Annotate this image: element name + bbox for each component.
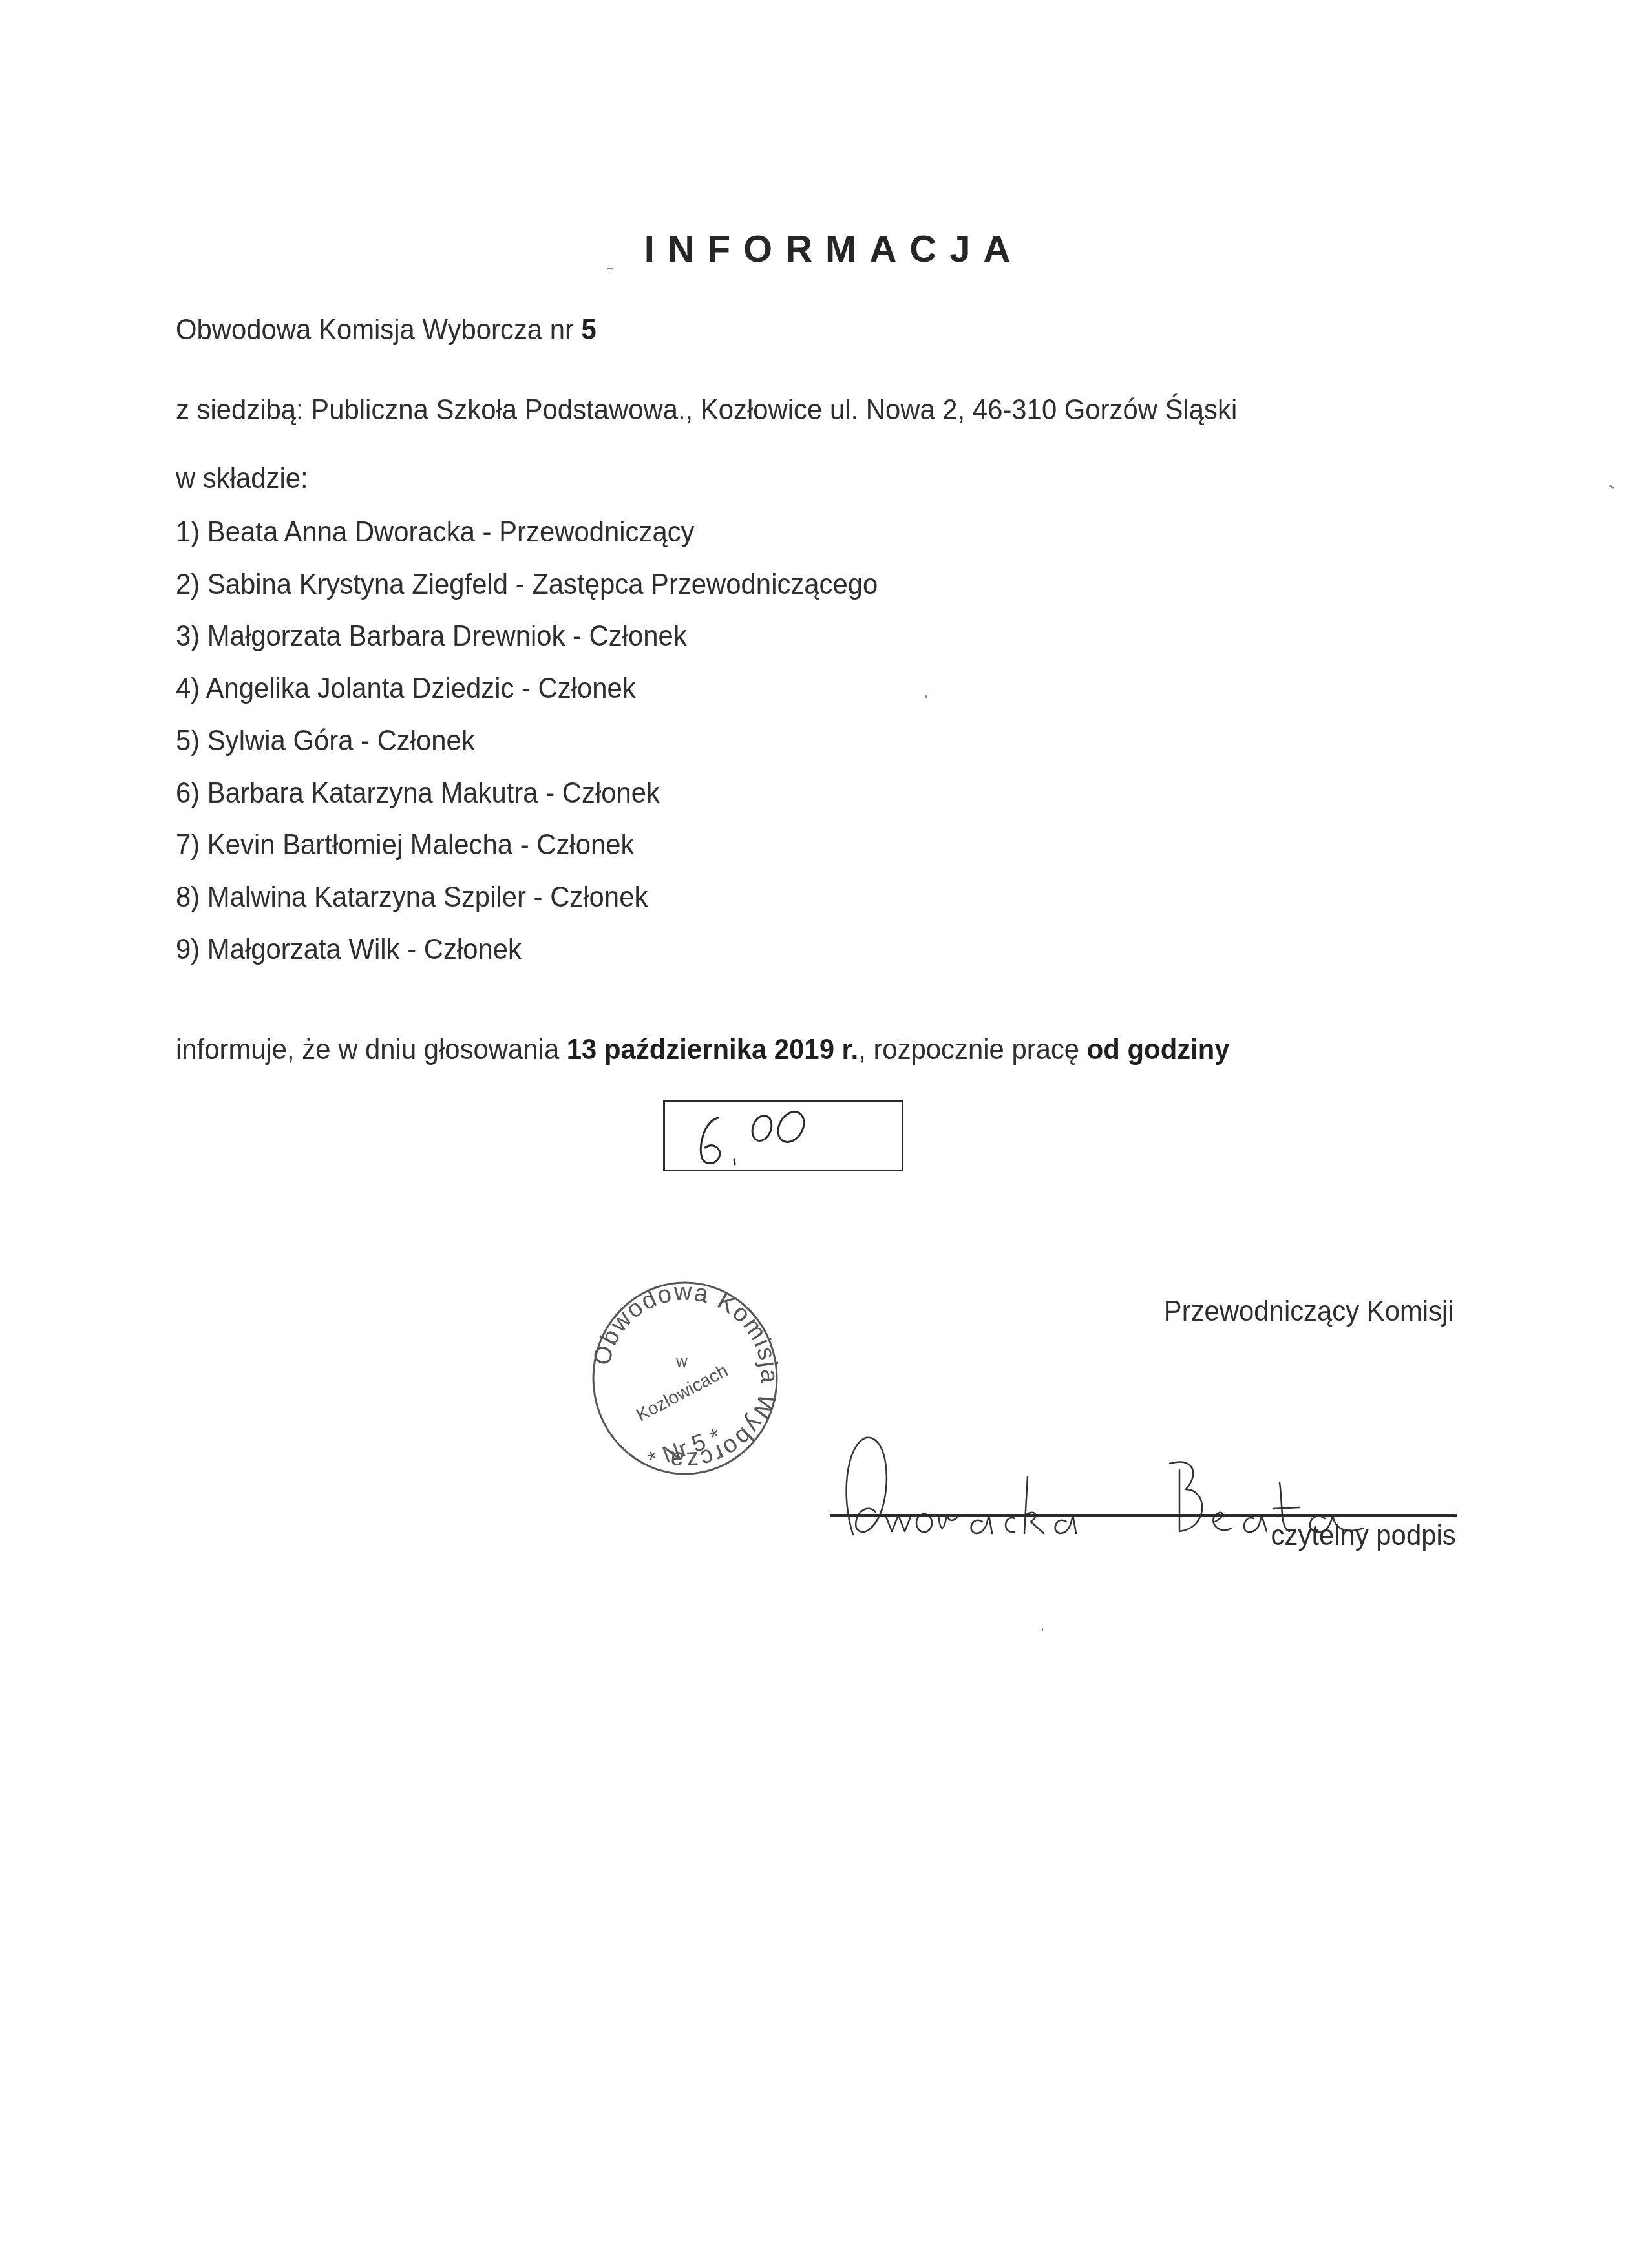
member-item: 5) Sylwia Góra - Członek <box>176 724 475 757</box>
member-item: 7) Kevin Bartłomiej Malecha - Członek <box>176 828 634 861</box>
seat-line: z siedzibą: Publiczna Szkoła Podstawowa.… <box>176 393 1237 426</box>
from-hour-label: od godziny <box>1087 1033 1230 1066</box>
notice-text-2: , rozpocznie pracę <box>858 1033 1087 1066</box>
handwritten-hour-icon <box>665 1102 905 1173</box>
signature-caption: czytelny podpis <box>1271 1518 1456 1552</box>
member-item: 4) Angelika Jolanta Dziedzic - Członek <box>176 671 636 705</box>
start-hour-box <box>663 1100 903 1171</box>
signature-line <box>830 1514 1457 1517</box>
notice-line: informuje, że w dniu głosowania 13 paźdz… <box>176 1033 1230 1066</box>
member-item: 8) Malwina Katarzyna Szpiler - Członek <box>176 880 648 914</box>
member-item: 1) Beata Anna Dworacka - Przewodniczący <box>176 515 695 549</box>
member-item: 6) Barbara Katarzyna Makutra - Członek <box>176 776 660 810</box>
commission-number: 5 <box>582 313 597 346</box>
member-item: 9) Małgorzata Wilk - Członek <box>176 932 522 966</box>
member-item: 3) Małgorzata Barbara Drewniok - Członek <box>176 619 687 653</box>
commission-stamp: Obwodowa Komisja Wyborcza w Kozłowicach … <box>585 1276 785 1476</box>
election-date: 13 października 2019 r. <box>567 1033 858 1066</box>
document-title: INFORMACJA <box>0 227 1648 271</box>
stamp-seal-icon: Obwodowa Komisja Wyborcza w Kozłowicach … <box>585 1276 785 1476</box>
scan-mark <box>925 695 927 698</box>
notice-text-1: informuje, że w dniu głosowania <box>176 1033 567 1066</box>
composition-label: w składzie: <box>176 461 308 495</box>
commission-line: Obwodowa Komisja Wyborcza nr 5 <box>176 313 597 346</box>
svg-text:w: w <box>675 1353 688 1370</box>
signatory-label: Przewodniczący Komisji <box>1164 1294 1454 1328</box>
commission-prefix: Obwodowa Komisja Wyborcza nr <box>176 313 582 346</box>
member-item: 2) Sabina Krystyna Ziegfeld - Zastępca P… <box>176 567 878 601</box>
scan-mark <box>1609 485 1614 489</box>
scan-mark <box>1042 1628 1043 1631</box>
scan-mark <box>607 268 613 269</box>
